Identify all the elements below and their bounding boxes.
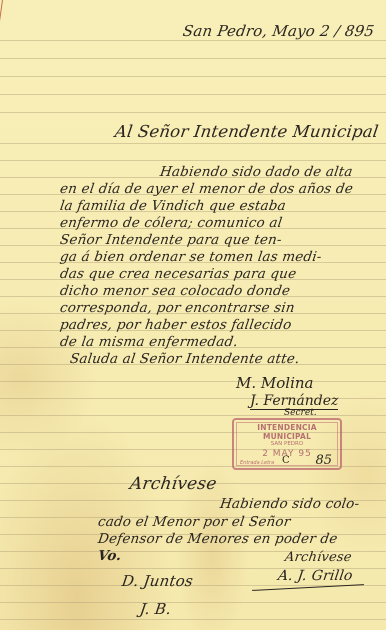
body-line: das que crea necesarias para que <box>59 266 298 282</box>
body-line: Habiendo sido dado de alta <box>159 164 354 180</box>
archive-note: Archívese <box>284 550 353 565</box>
body-line: la familia de Vindich que estaba <box>59 198 287 214</box>
document-page: San Pedro, Mayo 2 / 895 Al Señor Intende… <box>0 0 386 630</box>
body-line: padres, por haber estos fallecido <box>59 317 293 333</box>
body-line: en el día de ayer el menor de dos años d… <box>59 181 354 197</box>
annotation-line: Vo. <box>97 548 123 564</box>
annotation-line: Defensor de Menores en poder de <box>97 531 339 547</box>
body-line: enfermo de cólera; comunico al <box>59 215 283 231</box>
body-line: corresponda, por encontrarse sin <box>59 300 296 316</box>
margin-line <box>0 0 3 59</box>
municipal-stamp: INTENDENCIA MUNICIPAL SAN PEDRO 2 MAY 95… <box>232 418 342 470</box>
left-signature: D. Juntos <box>121 572 194 590</box>
annotation-line: Habiendo sido colo- <box>219 496 361 512</box>
body-line: Señor Intendente para que ten- <box>59 232 283 248</box>
place-date: San Pedro, Mayo 2 / 895 <box>182 22 376 40</box>
archive-signature: A. J. Grillo <box>277 568 354 584</box>
addressee: Al Señor Intendente Municipal <box>114 122 380 141</box>
annotation-line: cado el Menor por el Señor <box>97 514 292 530</box>
annotation-heading: Archívese <box>129 474 218 494</box>
closing-line: Saluda al Señor Intendente atte. <box>69 351 301 367</box>
body-line: de la misma enfermedad. <box>59 334 239 350</box>
initials-signature: J. B. <box>139 600 173 618</box>
body-line: dicho menor sea colocado donde <box>59 283 291 299</box>
signature-molina: M. Molina <box>236 374 313 392</box>
stamp-entry-label: Entrada Letra <box>240 460 274 466</box>
stamp-letter: C <box>282 455 290 466</box>
body-line: ga á bien ordenar se tomen las medi- <box>59 249 323 265</box>
signature-secretary-label: Secret. <box>284 408 317 418</box>
stamp-number: 85 <box>315 453 332 468</box>
